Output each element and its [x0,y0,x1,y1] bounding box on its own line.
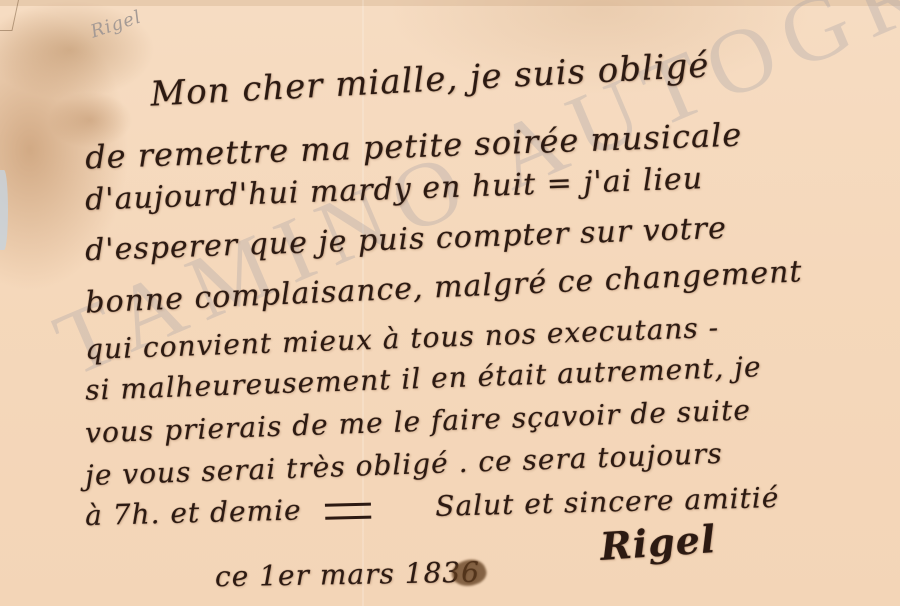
closing-text: Salut et sincere amitié [435,481,780,523]
double-dash-mark [325,502,371,519]
signature: Rigel [599,516,718,569]
top-edge-shadow [0,0,900,6]
folded-corner [0,0,19,31]
letter-line-1: Mon cher mialle, je suis obligé [149,45,710,114]
letter-date: ce 1er mars 1836 [215,556,481,594]
letter-page: Rigel TAMINO AUTOGRAPHS Mon cher mialle,… [0,0,900,606]
torn-edge [0,170,8,250]
time-text: à 7h. et demie [85,493,302,532]
pencil-annotation: Rigel [88,6,144,42]
letter-line-4: d'esperer que je puis compter sur votre [85,211,728,268]
